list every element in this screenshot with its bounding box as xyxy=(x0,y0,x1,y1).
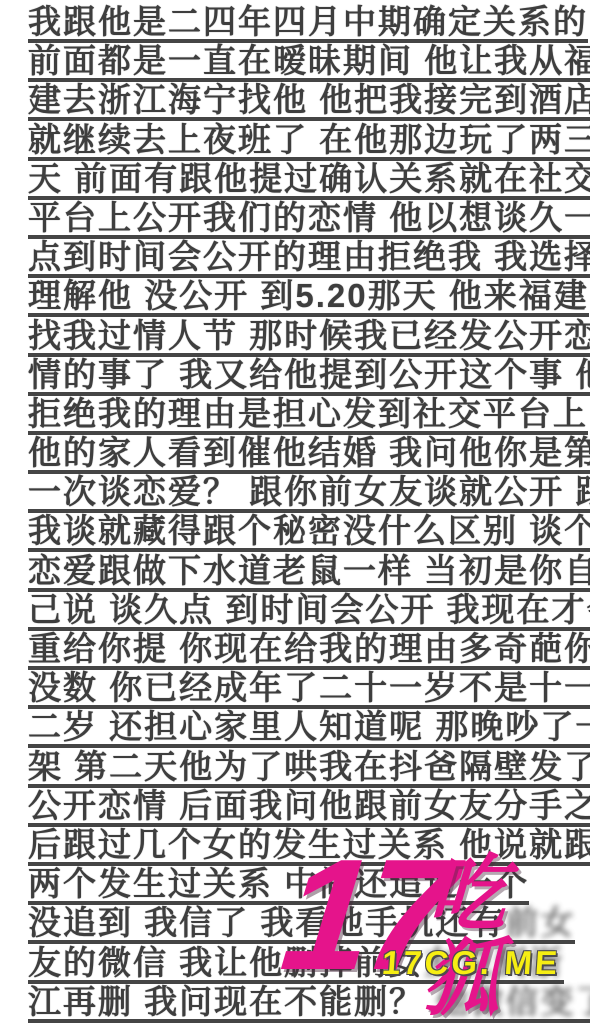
text-line: 后跟过几个女的发生过关系 他说就跟 xyxy=(28,828,584,867)
text-line: 重给你提 你现在给我的理由多奇葩你 xyxy=(28,632,584,671)
text-line-main: 没数 你已经成年了二十一岁不是十一 xyxy=(28,669,590,706)
text-line: 理解他 没公开 到5.20那天 他来福建 xyxy=(28,279,584,318)
text-line: 没数 你已经成年了二十一岁不是十一 xyxy=(28,671,584,710)
text-line-main: 二岁 还担心家里人知道呢 那晚吵了一 xyxy=(28,708,590,745)
text-line: 江再删 我问现在不能删？ 他微信变了 xyxy=(28,985,584,1024)
text-line: 己说 谈久点 到时间会公开 我现在才会 xyxy=(28,593,584,632)
text-line: 公开恋情 后面我问他跟前女友分手之 xyxy=(28,789,584,828)
text-line-main: 他的家人看到催他结婚 我问他你是第 xyxy=(28,434,590,471)
text-line: 情的事了 我又给他提到公开这个事 他 xyxy=(28,358,584,397)
text-line: 我谈就藏得跟个秘密没什么区别 谈个 xyxy=(28,514,584,553)
text-line-main: 没追到 我信了 我看他手机还有 xyxy=(28,904,505,941)
text-line-main: 情的事了 我又给他提到公开这个事 他 xyxy=(28,356,590,393)
text-line-main: 就继续去上夜班了 在他那边玩了两三 xyxy=(28,121,590,158)
text-line: 天 前面有跟他提过确认关系就在社交 xyxy=(28,162,584,201)
text-line: 友的微信 我让他删掉前女友说到浙 xyxy=(28,946,584,985)
text-line: 没追到 我信了 我看他手机还有前女 xyxy=(28,906,584,945)
text-line-main: 找我过情人节 那时候我已经发公开恋 xyxy=(28,317,590,354)
text-line-main: 我跟他是二四年四月中期确定关系的 xyxy=(28,3,588,40)
text-line-main: 一次谈恋爱？ 跟你前女友谈就公开 跟 xyxy=(28,473,590,510)
text-line: 二岁 还担心家里人知道呢 那晚吵了一 xyxy=(28,710,584,749)
text-line-main: 建去浙江海宁找他 他把我接完到酒店 xyxy=(28,81,590,118)
text-line: 平台上公开我们的恋情 他以想谈久一 xyxy=(28,201,584,240)
text-line-main: 后跟过几个女的发生过关系 他说就跟 xyxy=(28,826,590,863)
text-line-main: 天 前面有跟他提过确认关系就在社交 xyxy=(28,160,590,197)
text-line-main: 恋爱跟做下水道老鼠一样 当初是你自 xyxy=(28,552,590,589)
text-line-main: 两个发生过关系 中间还追过一个 xyxy=(28,865,529,902)
text-line-blurred-tail: 他微信变了 xyxy=(435,983,590,1020)
text-line-main: 友的微信 我让他删掉前女 xyxy=(28,944,424,981)
text-line-main: 前面都是一直在暧昧期间 他让我从福 xyxy=(28,42,590,79)
text-line-main: 重给你提 你现在给我的理由多奇葩你 xyxy=(28,630,590,667)
text-line-main: 己说 谈久点 到时间会公开 我现在才会 xyxy=(28,591,590,628)
text-line: 一次谈恋爱？ 跟你前女友谈就公开 跟 xyxy=(28,475,584,514)
text-line: 建去浙江海宁找他 他把我接完到酒店 xyxy=(28,83,584,122)
post-text-block: 我跟他是二四年四月中期确定关系的 前面都是一直在暧昧期间 他让我从福 建去浙江海… xyxy=(28,5,584,1024)
text-line: 拒绝我的理由是担心发到社交平台上 xyxy=(28,397,584,436)
text-line: 我跟他是二四年四月中期确定关系的 xyxy=(28,5,584,44)
text-line: 找我过情人节 那时候我已经发公开恋 xyxy=(28,319,584,358)
text-line: 架 第二天他为了哄我在抖爸隔壁发了 xyxy=(28,750,584,789)
text-line-main: 架 第二天他为了哄我在抖爸隔壁发了 xyxy=(28,748,590,785)
text-line: 前面都是一直在暧昧期间 他让我从福 xyxy=(28,44,584,83)
text-line-main: 江再删 我问现在不能删？ xyxy=(28,983,435,1020)
text-line-main: 平台上公开我们的恋情 他以想谈久一 xyxy=(28,199,590,236)
text-line-blurred-tail: 前女 xyxy=(505,904,575,941)
text-line: 恋爱跟做下水道老鼠一样 当初是你自 xyxy=(28,554,584,593)
text-line-main: 我谈就藏得跟个秘密没什么区别 谈个 xyxy=(28,512,590,549)
text-line-main: 拒绝我的理由是担心发到社交平台上 xyxy=(28,395,588,432)
text-line: 他的家人看到催他结婚 我问他你是第 xyxy=(28,436,584,475)
text-line-blurred-tail: 友说到浙 xyxy=(424,944,564,981)
text-line-main: 点到时间会公开的理由拒绝我 我选择 xyxy=(28,238,590,275)
text-line: 点到时间会公开的理由拒绝我 我选择 xyxy=(28,240,584,279)
text-line: 就继续去上夜班了 在他那边玩了两三 xyxy=(28,123,584,162)
text-line: 两个发生过关系 中间还追过一个 xyxy=(28,867,584,906)
text-line-main: 理解他 没公开 到5.20那天 他来福建 xyxy=(28,277,589,314)
text-line-main: 公开恋情 后面我问他跟前女友分手之 xyxy=(28,787,590,824)
